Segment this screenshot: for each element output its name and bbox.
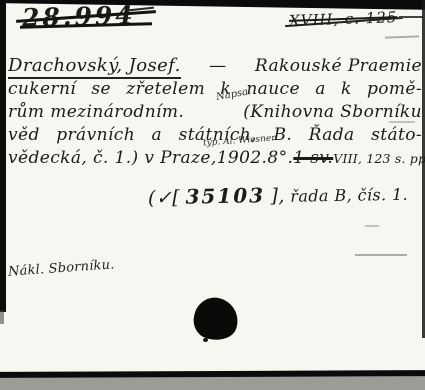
author-heading: Drachovský, Josef. bbox=[8, 55, 181, 79]
scan-smudge bbox=[389, 121, 415, 123]
series-statement-start: (Knihovna Sborníku bbox=[243, 102, 422, 122]
entry-line-5: vědecká, č. 1.) v Praze, typ. Al. Wiesne… bbox=[8, 148, 422, 168]
scan-edge-left bbox=[0, 0, 6, 312]
title-part-3a: rům mezinárodním. bbox=[8, 102, 184, 122]
call-close-bracket: ], bbox=[270, 185, 285, 207]
entry-line-3: rům mezinárodním. Napsal (Knihovna Sborn… bbox=[8, 102, 422, 122]
scan-smudge bbox=[355, 254, 407, 256]
collation-statement: VIII, 123 s. pp. bbox=[333, 151, 425, 166]
format-statement: 8°. bbox=[267, 148, 293, 168]
entry-line-1: Drachovský, Josef. — Rakouské Praemie bbox=[8, 55, 422, 79]
call-number: 35103 bbox=[185, 183, 265, 208]
scan-edge-left-tail bbox=[0, 310, 4, 324]
ink-blot-speck bbox=[203, 338, 208, 342]
imprint-year-wrap: typ. Al. Wiesner 1902. bbox=[217, 148, 268, 168]
title-part-1: Rakouské Praemie bbox=[255, 56, 422, 76]
struck-volume-statement: 1 sv. bbox=[293, 148, 333, 168]
publication-year: 1902. bbox=[217, 148, 268, 168]
call-open-checkmark: (✓[ bbox=[148, 187, 180, 210]
call-number-line: (✓[ 35103 ], řada B, čís. 1. bbox=[148, 181, 408, 210]
scan-smudge bbox=[365, 225, 379, 227]
entry-dash: — bbox=[209, 56, 226, 76]
card-surface: 28.994 XVIII, c. 125 Drachovský, Josef. … bbox=[0, 0, 425, 374]
catalog-card-scan: 28.994 XVIII, c. 125 Drachovský, Josef. … bbox=[0, 0, 425, 390]
shelfmark-dash-mark bbox=[399, 16, 423, 18]
ownership-note: Nákl. Sborníku. bbox=[8, 257, 115, 279]
call-series-note: řada B, čís. 1. bbox=[290, 185, 408, 206]
scan-edge-bottom bbox=[0, 370, 425, 378]
ink-blot bbox=[190, 293, 243, 344]
series-statement-end: vědecká, č. 1.) v Praze, bbox=[8, 148, 217, 168]
scan-smudge bbox=[385, 35, 419, 38]
